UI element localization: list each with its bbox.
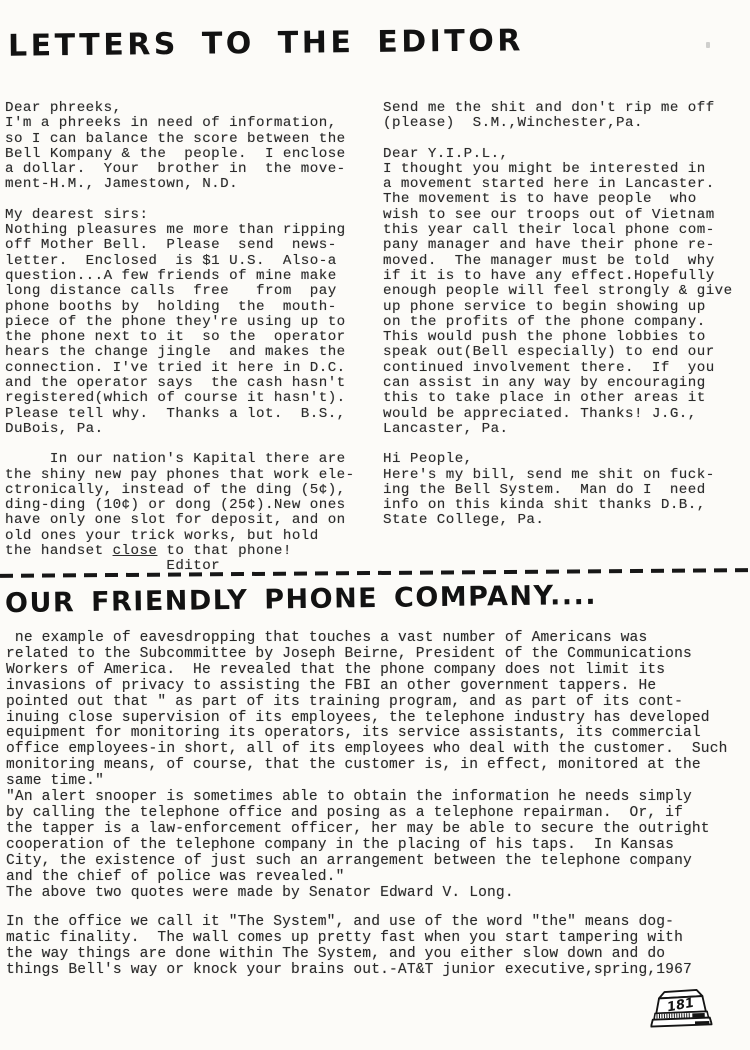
letter-my-dearest-sirs: My dearest sirs: Nothing pleasures me mo…: [5, 208, 383, 437]
letter-dear-phreeks: Dear phreeks, I'm a phreeks in need of i…: [5, 101, 383, 193]
letter-hi-people: Hi People, Here's my bill, send me shit …: [383, 452, 747, 528]
phone-company-paragraph-quotes: ne example of eavesdropping that touches…: [6, 631, 748, 901]
phone-company-body: ne example of eavesdropping that touches…: [6, 631, 748, 993]
letters-section-title: LETTERS TO THE EDITOR: [8, 23, 524, 63]
zine-page: LETTERS TO THE EDITOR Dear phreeks, I'm …: [0, 0, 750, 1050]
letters-right-column: Send me the shit and don't rip me off (p…: [383, 101, 747, 590]
editor-reply-underlined-word: close: [113, 543, 158, 559]
phone-company-paragraph-system: In the office we call it "The System", a…: [6, 915, 748, 979]
letters-left-column: Dear phreeks, I'm a phreeks in need of i…: [5, 101, 383, 590]
letter-dear-yipl: Dear Y.I.P.L., I thought you might be in…: [383, 147, 747, 438]
letter-send-me: Send me the shit and don't rip me off (p…: [383, 101, 747, 132]
letters-columns: Dear phreeks, I'm a phreeks in need of i…: [5, 101, 747, 590]
scan-artifact-speck: [706, 42, 710, 48]
typewriter-page-stamp: 181: [649, 986, 712, 1032]
typewriter-icon: 181: [649, 986, 712, 1032]
editor-reply: In our nation's Kapital there are the sh…: [5, 452, 383, 574]
